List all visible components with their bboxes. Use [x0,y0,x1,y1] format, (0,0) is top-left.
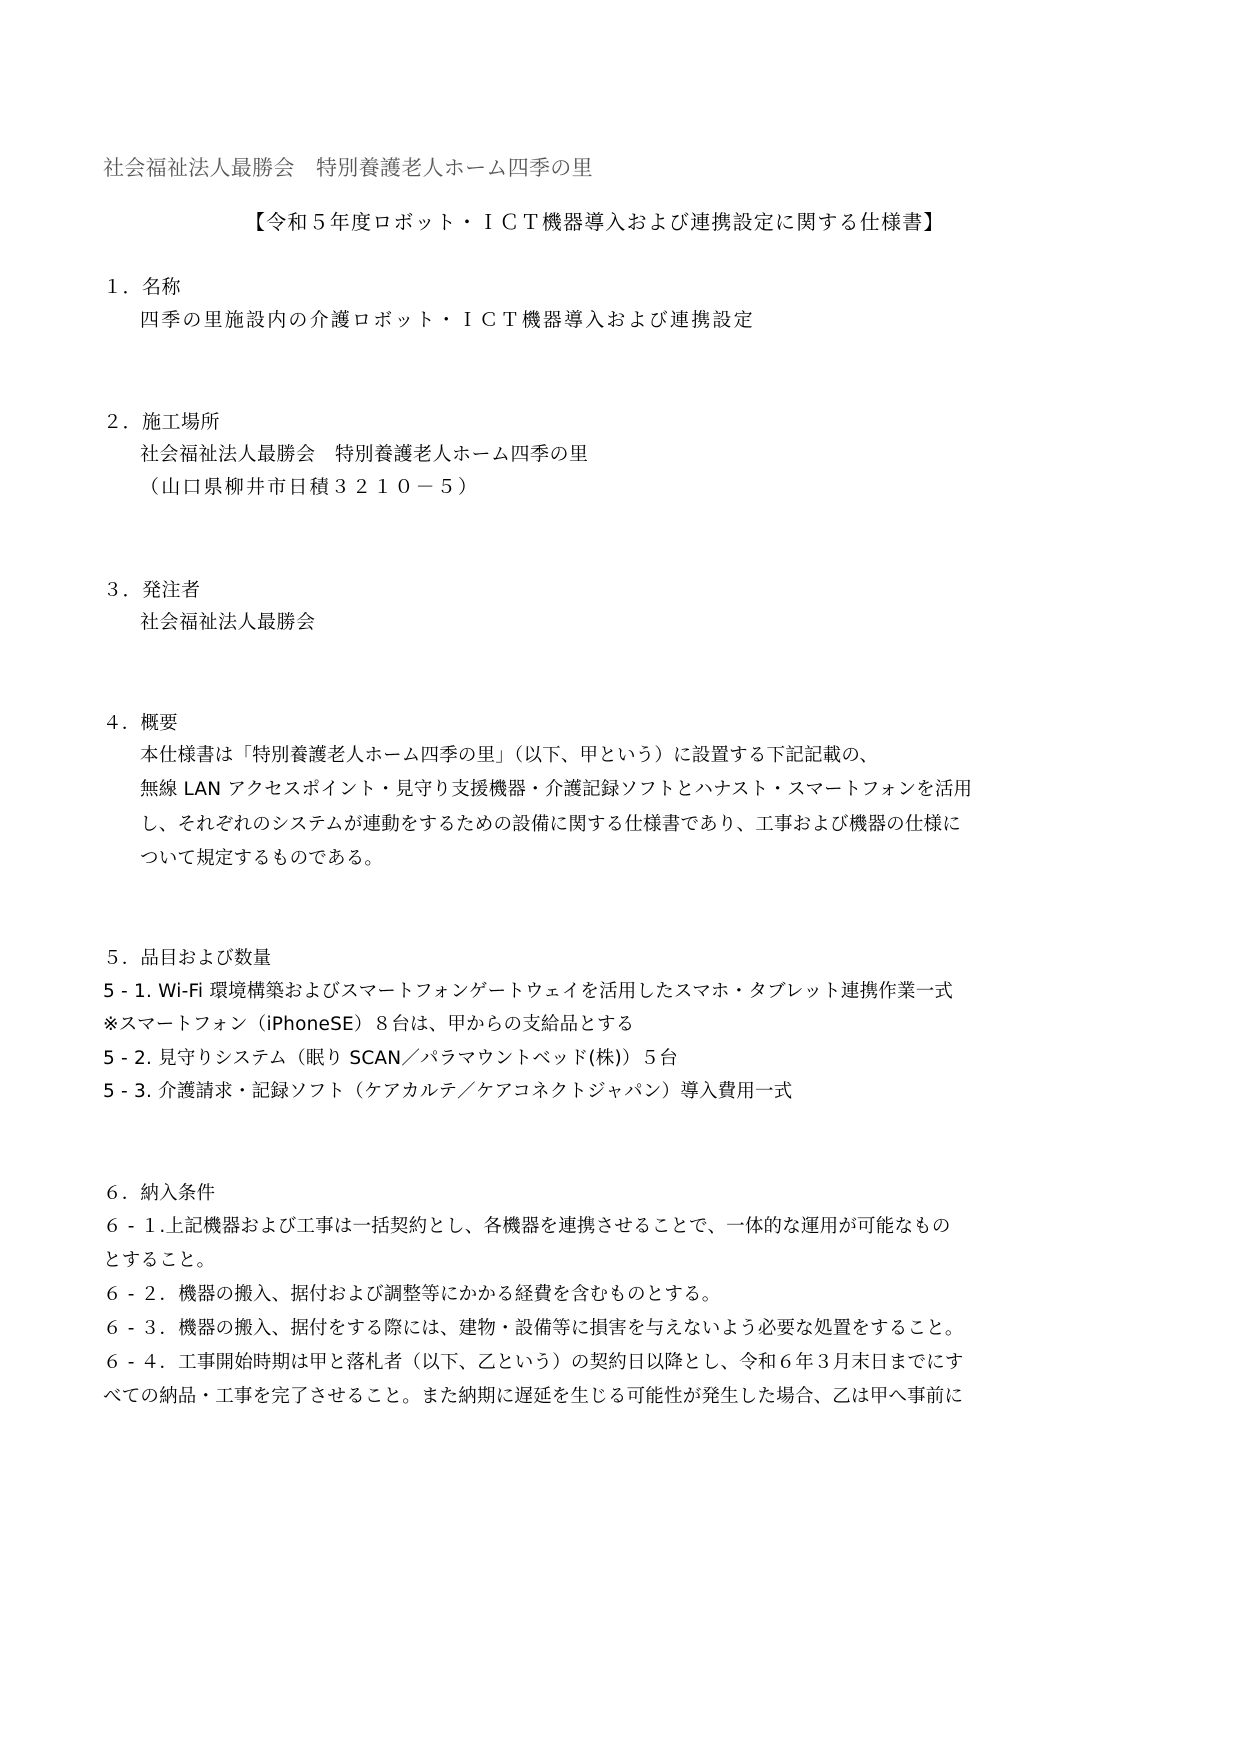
section-4-line-2: 無線 LAN アクセスポイント・見守り支援機器・介護記録ソフトとハナスト・スマー… [140,778,972,802]
section-1-heading: １．名称 [103,275,181,299]
section-2-text: 社会福祉法人最勝会 特別養護老人ホーム四季の里 [140,442,589,466]
section-2-address: （山口県柳井市日積３２１０－５） [140,475,479,499]
section-4-line-1: 本仕様書は「特別養護老人ホーム四季の里」（以下、甲という）に設置する下記記載の、 [140,744,878,768]
section-4-line-3: し、それぞれのシステムが連動をするための設備に関する仕様書であり、工事および機器… [140,813,961,837]
document-page: 社会福祉法人最勝会 特別養護老人ホーム四季の里 【令和５年度ロボット・ＩＣＴ機器… [0,0,1241,1755]
section-4-heading: ４．概要 [103,712,178,736]
document-title: 【令和５年度ロボット・ＩＣＴ機器導入および連携設定に関する仕様書】 [245,210,945,234]
section-6-line-2: とすること。 [103,1249,215,1273]
section-4-line-4: ついて規定するものである。 [140,847,383,871]
section-5-note: ※スマートフォン（iPhoneSE）８台は、甲からの支給品とする [103,1013,634,1037]
section-5-item-3: 5 - 3. 介護請求・記録ソフト（ケアカルテ／ケアコネクトジャパン）導入費用一… [103,1080,792,1104]
organization-header: 社会福祉法人最勝会 特別養護老人ホーム四季の里 [103,156,593,180]
section-6-line-5: ６ - ４．工事開始時期は甲と落札者（以下、乙という）の契約日以降とし、令和６年… [103,1351,964,1375]
section-3-text: 社会福祉法人最勝会 [140,610,316,634]
section-2-heading: ２．施工場所 [103,410,220,434]
section-1-text: 四季の里施設内の介護ロボット・ＩＣＴ機器導入および連携設定 [140,308,755,332]
section-6-line-1: ６ - １.上記機器および工事は一括契約とし、各機器を連携させることで、一体的な… [103,1215,951,1239]
section-6-line-4: ６ - ３．機器の搬入、据付をする際には、建物・設備等に損害を与えないよう必要な… [103,1317,964,1341]
section-6-line-6: べての納品・工事を完了させること。また納期に遅延を生じる可能性が発生した場合、乙… [103,1385,963,1409]
section-5-item-2: 5 - 2. 見守りシステム（眠り SCAN／パラマウントベッド(株)）５台 [103,1047,678,1071]
section-5-heading: ５．品目および数量 [103,947,271,971]
section-6-line-3: ６ - ２．機器の搬入、据付および調整等にかかる経費を含むものとする。 [103,1283,720,1307]
section-5-item-1: 5 - 1. Wi-Fi 環境構築およびスマートフォンゲートウェイを活用したスマ… [103,980,953,1004]
section-6-heading: ６．納入条件 [103,1182,215,1206]
section-3-heading: ３．発注者 [103,578,201,602]
